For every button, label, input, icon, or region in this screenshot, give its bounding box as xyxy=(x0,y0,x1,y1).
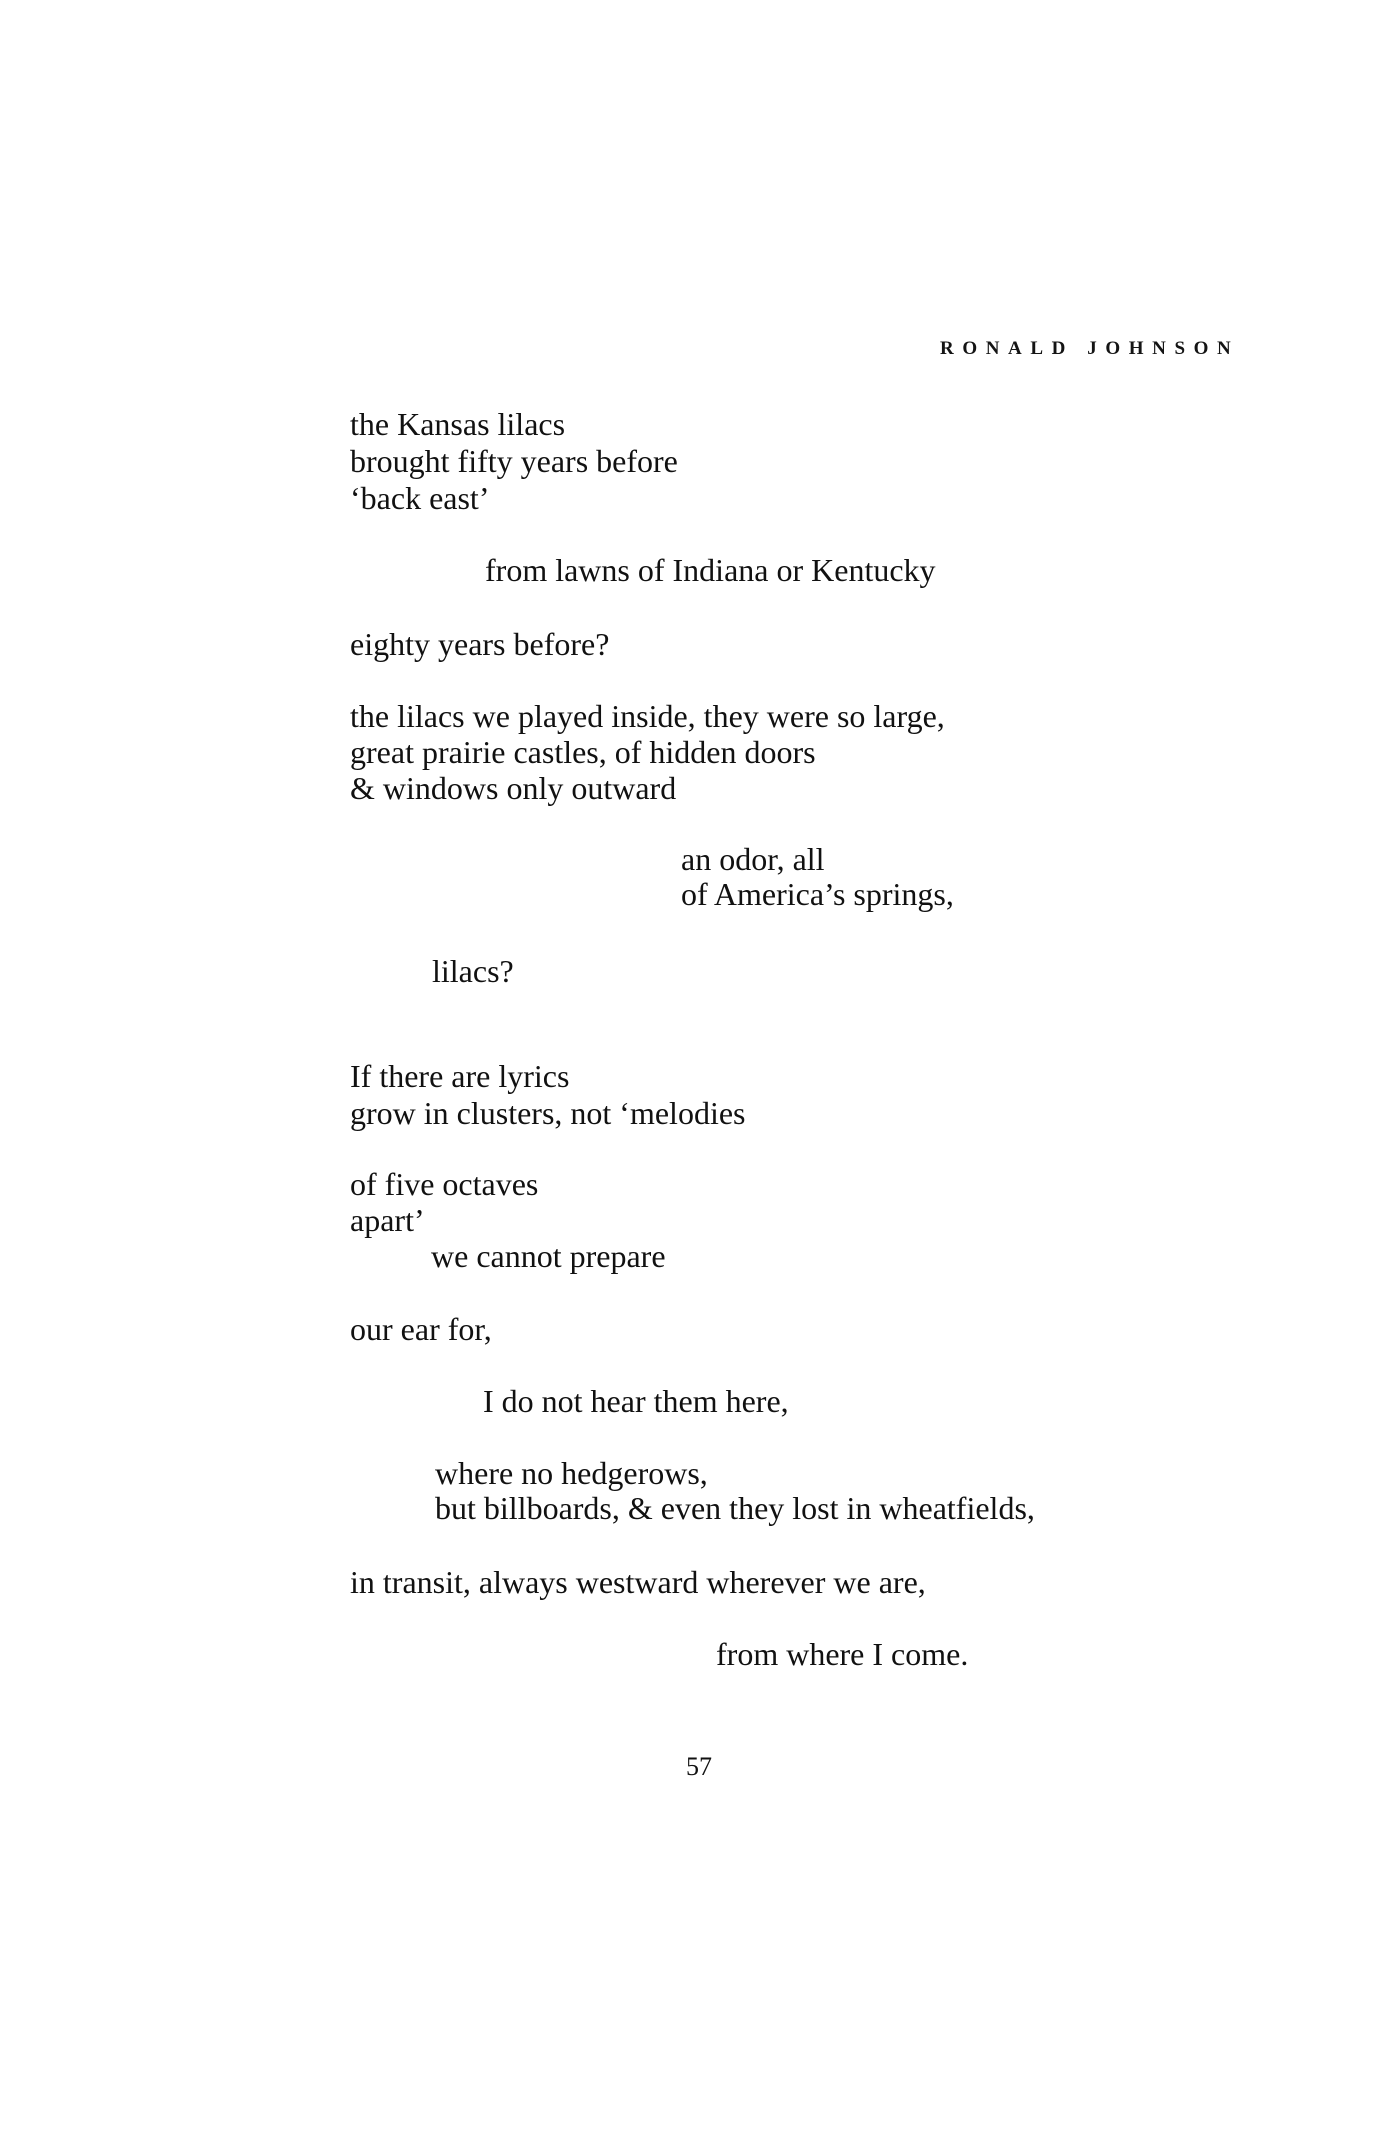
poem-line: our ear for, xyxy=(350,1311,492,1347)
page-number: 57 xyxy=(686,1752,712,1782)
poem-line: grow in clusters, not ‘melodies xyxy=(350,1095,745,1131)
poem-line: I do not hear them here, xyxy=(483,1383,789,1419)
poem-line: we cannot prepare xyxy=(431,1238,666,1274)
poem-line: of America’s springs, xyxy=(681,876,954,912)
poem-line: the Kansas lilacs xyxy=(350,406,565,442)
poem-line: but billboards, & even they lost in whea… xyxy=(435,1490,1035,1526)
poem-line: & windows only outward xyxy=(350,770,676,806)
poem-line: from where I come. xyxy=(716,1636,968,1672)
book-page: RONALD JOHNSON the Kansas lilacs brought… xyxy=(0,0,1400,2154)
poem-line: ‘back east’ xyxy=(350,480,489,516)
poem-line: the lilacs we played inside, they were s… xyxy=(350,698,945,734)
poem-line: eighty years before? xyxy=(350,626,609,662)
poem-line: from lawns of Indiana or Kentucky xyxy=(485,552,936,588)
running-head-author: RONALD JOHNSON xyxy=(940,338,1239,360)
poem-line: apart’ xyxy=(350,1202,425,1238)
poem-line: lilacs? xyxy=(432,953,514,989)
poem-line: where no hedgerows, xyxy=(435,1455,708,1491)
poem-line: in transit, always westward wherever we … xyxy=(350,1564,926,1600)
poem-line: an odor, all xyxy=(681,841,825,877)
poem-line: If there are lyrics xyxy=(350,1058,569,1094)
poem-line: of five octaves xyxy=(350,1166,538,1202)
poem-line: brought fifty years before xyxy=(350,443,678,479)
poem-line: great prairie castles, of hidden doors xyxy=(350,734,816,770)
